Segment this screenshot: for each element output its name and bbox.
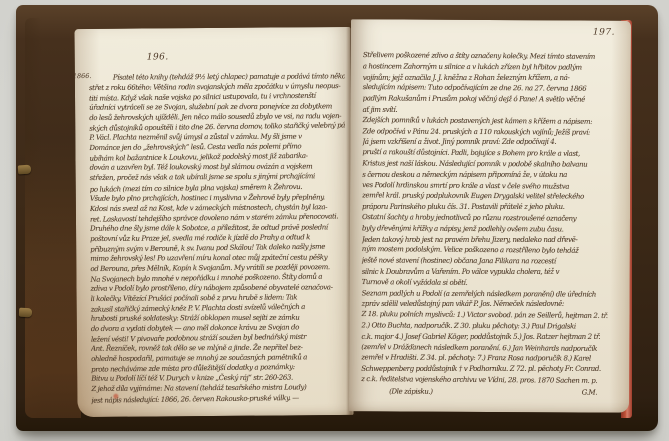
handwritten-line: mimo žehrovský les! Po uzavření míru kon… (90, 252, 346, 263)
handwritten-line: Turnově a okolí vyžádala si obětí. (362, 277, 624, 290)
left-page-number: 196. (147, 52, 169, 62)
handwritten-line: ať jim svítí. (363, 105, 625, 116)
handwritten-line: Ostatní šachty a hroby jednotlivců po rů… (362, 212, 624, 225)
handwritten-line: P. Václ. Plachta nezměnil svůj úmysl a z… (89, 132, 345, 143)
handwritten-line: Ant. Řezníček, rovněž tak dělo se ve mlý… (91, 343, 347, 354)
left-page-text: Písatel této knihy (tehdáž 9½ letý chlap… (89, 71, 348, 405)
red-ink-mark (113, 394, 118, 399)
handwritten-line: zdiva v Podolí bylo prostříleno, díry ná… (90, 282, 346, 293)
handwritten-line: padlým Rakušanům i Prusům pokoj věčný de… (363, 94, 625, 106)
handwritten-line: 2.) Otto Buchta, nadporučík. Z 30. pluku… (361, 320, 623, 332)
handwritten-line: Zdejších pomníků v lukách postavených je… (362, 115, 624, 128)
right-page-number: 197. (593, 28, 615, 38)
handwritten-line: z c.k. ředitelstva vojenského archivu ve… (361, 374, 623, 387)
handwritten-line: ještě nové stavení (hostinec) občana Jan… (362, 255, 624, 267)
writer-initials: G.M. (582, 387, 624, 398)
book-clasp-top (18, 165, 32, 175)
handwritten-line: Bitvu u Podolí líčí též V. Durych v kniz… (91, 373, 347, 384)
handwritten-line: hrubosti pruské soldatesky: Stráží obklo… (91, 312, 347, 323)
handwritten-line: dován a uzavřen byl. Též loukovský most … (90, 162, 346, 173)
handwritten-line: c.k. major 4.) Josef Gabriel Köger, podd… (361, 332, 623, 343)
handwritten-line: pruští a rakouští důstojníci. Padli, boj… (362, 147, 624, 160)
book-clasp-bottom (19, 308, 32, 318)
handwritten-line: s černou deskou a německým nápisem připo… (362, 170, 624, 181)
footer-note: (Dle zápisku.) (361, 386, 433, 397)
handwritten-line: silnic k Doubravům a Vařením. Po válce v… (362, 267, 624, 278)
left-page: 196. 1866. Písatel této knihy (tehdáž 9½… (74, 27, 353, 417)
handwritten-line: Střelivem poškozené zdivo a štíty označe… (363, 50, 625, 63)
book: 196. 1866. Písatel této knihy (tehdáž 9½… (16, 5, 658, 431)
handwritten-line: úřadníci vytráceli se ze Svojan, služebn… (89, 101, 345, 112)
handwritten-line: byly dřevěnými křížky a nápisy, jenž pod… (362, 223, 624, 235)
right-page: 197. Střelivem poškozené zdivo a štíty o… (349, 19, 631, 412)
handwritten-line: a hostincem Zahorným u silnice a v lukác… (363, 61, 625, 73)
handwritten-line: ves Podolí hrdinskou smrtí pro krále a v… (362, 180, 624, 193)
handwritten-line: Druhého dne šly jsme dále k Sobotce, a p… (90, 222, 346, 233)
handwritten-line: (zemřel v Drážďanech následkem poranění.… (361, 342, 623, 355)
photo-background: 196. 1866. Písatel této knihy (tehdáž 9½… (0, 0, 669, 441)
handwritten-line: Z 18. pluku polních myslivců: 1.) Victor… (361, 309, 623, 322)
handwritten-line: Kristus jest naší láskou. Následující po… (362, 158, 624, 170)
right-page-text: Střelivem poškozené zdivo a štíty označe… (361, 50, 625, 398)
page-edge-stack (25, 18, 81, 418)
handwritten-line: Písatel této knihy (tehdáž 9½ letý chlap… (89, 71, 345, 82)
handwritten-line: Všude bylo plno prchajících, hostinec i … (90, 192, 346, 203)
